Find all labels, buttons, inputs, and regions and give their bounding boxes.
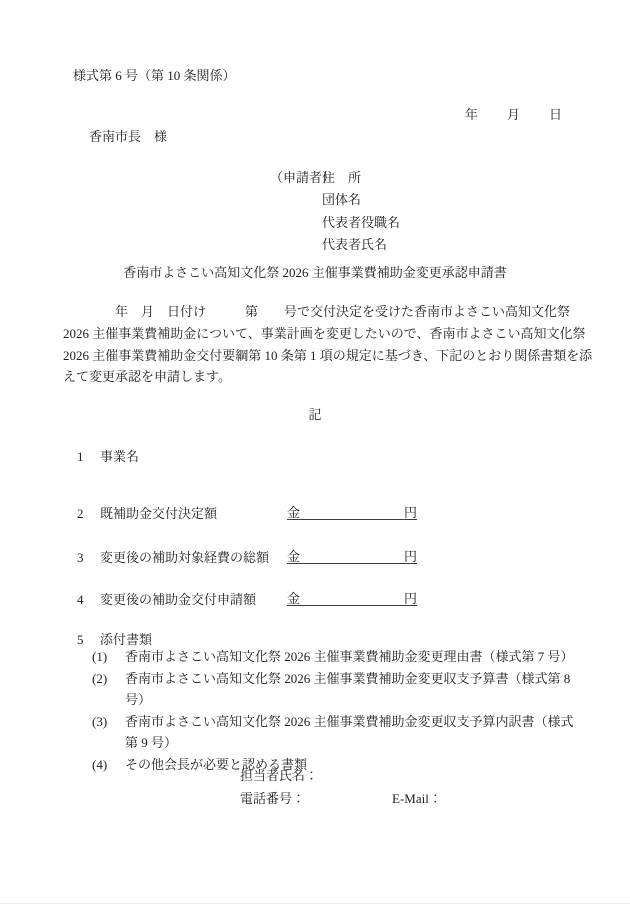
attachment-item: (1)香南市よさこい高知文化祭 2026 主催事業費補助金変更理由書（様式第 7… (92, 646, 576, 668)
amount-prefix-yen-kanji: 金 (287, 546, 300, 565)
item-row-decided-amount: 2既補助金交付決定額 (77, 503, 217, 522)
body-line: 2026 主催事業費補助金交付要綱第 10 条第 1 項の規定に基づき、下記のと… (63, 345, 571, 367)
attachment-text: 香南市よさこい高知文化祭 2026 主催事業費補助金変更理由書（様式第 7 号） (125, 649, 574, 664)
item-row-project-name: 1事業名 (77, 446, 139, 465)
item-label: 変更後の補助金交付申請額 (100, 592, 256, 607)
applicant-fields: 住 所 団体名 代表者役職名 代表者氏名 (322, 167, 400, 257)
amount-blank-field: 金 円 (287, 502, 417, 520)
addressee-line: 香南市長 様 (89, 126, 167, 145)
applicant-field-org-name: 団体名 (322, 189, 400, 211)
item-number: 2 (77, 506, 100, 522)
item-label: 事業名 (100, 449, 139, 464)
amount-blank-field: 金 円 (287, 546, 417, 564)
body-line: えて変更承認を申請します。 (63, 366, 571, 388)
item-number: 4 (77, 592, 100, 608)
form-number-label: 様式第 6 号（第 10 条関係） (73, 65, 236, 84)
body-line: 年 月 日付け 第 号で交付決定を受けた香南市よさこい高知文化祭 (63, 301, 571, 323)
applicant-field-address: 住 所 (322, 167, 400, 189)
item-label: 変更後の補助対象経費の総額 (100, 550, 269, 565)
item-label: 添付書類 (100, 632, 152, 647)
attachment-number: (3) (92, 711, 125, 733)
item-label: 既補助金交付決定額 (100, 506, 217, 521)
section-marker-ki: 記 (0, 404, 630, 423)
amount-prefix-yen-kanji: 金 (287, 502, 300, 521)
applicant-field-rep-name: 代表者氏名 (322, 234, 400, 256)
amount-suffix-yen: 円 (404, 546, 417, 565)
contact-phone-label: 電話番号： (240, 788, 305, 807)
attachment-number: (4) (92, 754, 125, 776)
amount-blank-field: 金 円 (287, 588, 417, 606)
attachment-item: (3)香南市よさこい高知文化祭 2026 主催事業費補助金変更収支予算内訳書（様… (92, 711, 576, 754)
document-page: 様式第 6 号（第 10 条関係） 年 月 日 香南市長 様 （申請者） 住 所… (0, 0, 630, 904)
item-row-total-expense-after-change: 3変更後の補助対象経費の総額 (77, 547, 269, 566)
attachment-number: (2) (92, 668, 125, 690)
item-row-application-amount-after-change: 4変更後の補助金交付申請額 (77, 589, 256, 608)
contact-person-label: 担当者氏名： (240, 765, 318, 784)
attachment-item: (2)香南市よさこい高知文化祭 2026 主催事業費補助金変更収支予算書（様式第… (92, 668, 576, 711)
body-paragraph: 年 月 日付け 第 号で交付決定を受けた香南市よさこい高知文化祭 2026 主催… (63, 301, 571, 388)
attachment-text: 香南市よさこい高知文化祭 2026 主催事業費補助金変更収支予算書（様式第 8 … (125, 671, 570, 708)
attachments-list: (1)香南市よさこい高知文化祭 2026 主催事業費補助金変更理由書（様式第 7… (92, 646, 576, 776)
amount-prefix-yen-kanji: 金 (287, 588, 300, 607)
document-title: 香南市よさこい高知文化祭 2026 主催事業費補助金変更承認申請書 (0, 262, 630, 281)
item-number: 3 (77, 550, 100, 566)
attachment-item: (4)その他会長が必要と認める書類 (92, 754, 576, 776)
amount-suffix-yen: 円 (404, 588, 417, 607)
date-blank-line: 年 月 日 (465, 104, 563, 123)
item-number: 1 (77, 449, 100, 465)
contact-email-label: E-Mail： (392, 788, 442, 807)
applicant-field-rep-title: 代表者役職名 (322, 212, 400, 234)
attachment-number: (1) (92, 646, 125, 668)
amount-suffix-yen: 円 (404, 502, 417, 521)
body-line: 2026 主催事業費補助金について、事業計画を変更したいので、香南市よさこい高知… (63, 323, 571, 345)
attachment-text: 香南市よさこい高知文化祭 2026 主催事業費補助金変更収支予算内訳書（様式第 … (125, 714, 574, 751)
